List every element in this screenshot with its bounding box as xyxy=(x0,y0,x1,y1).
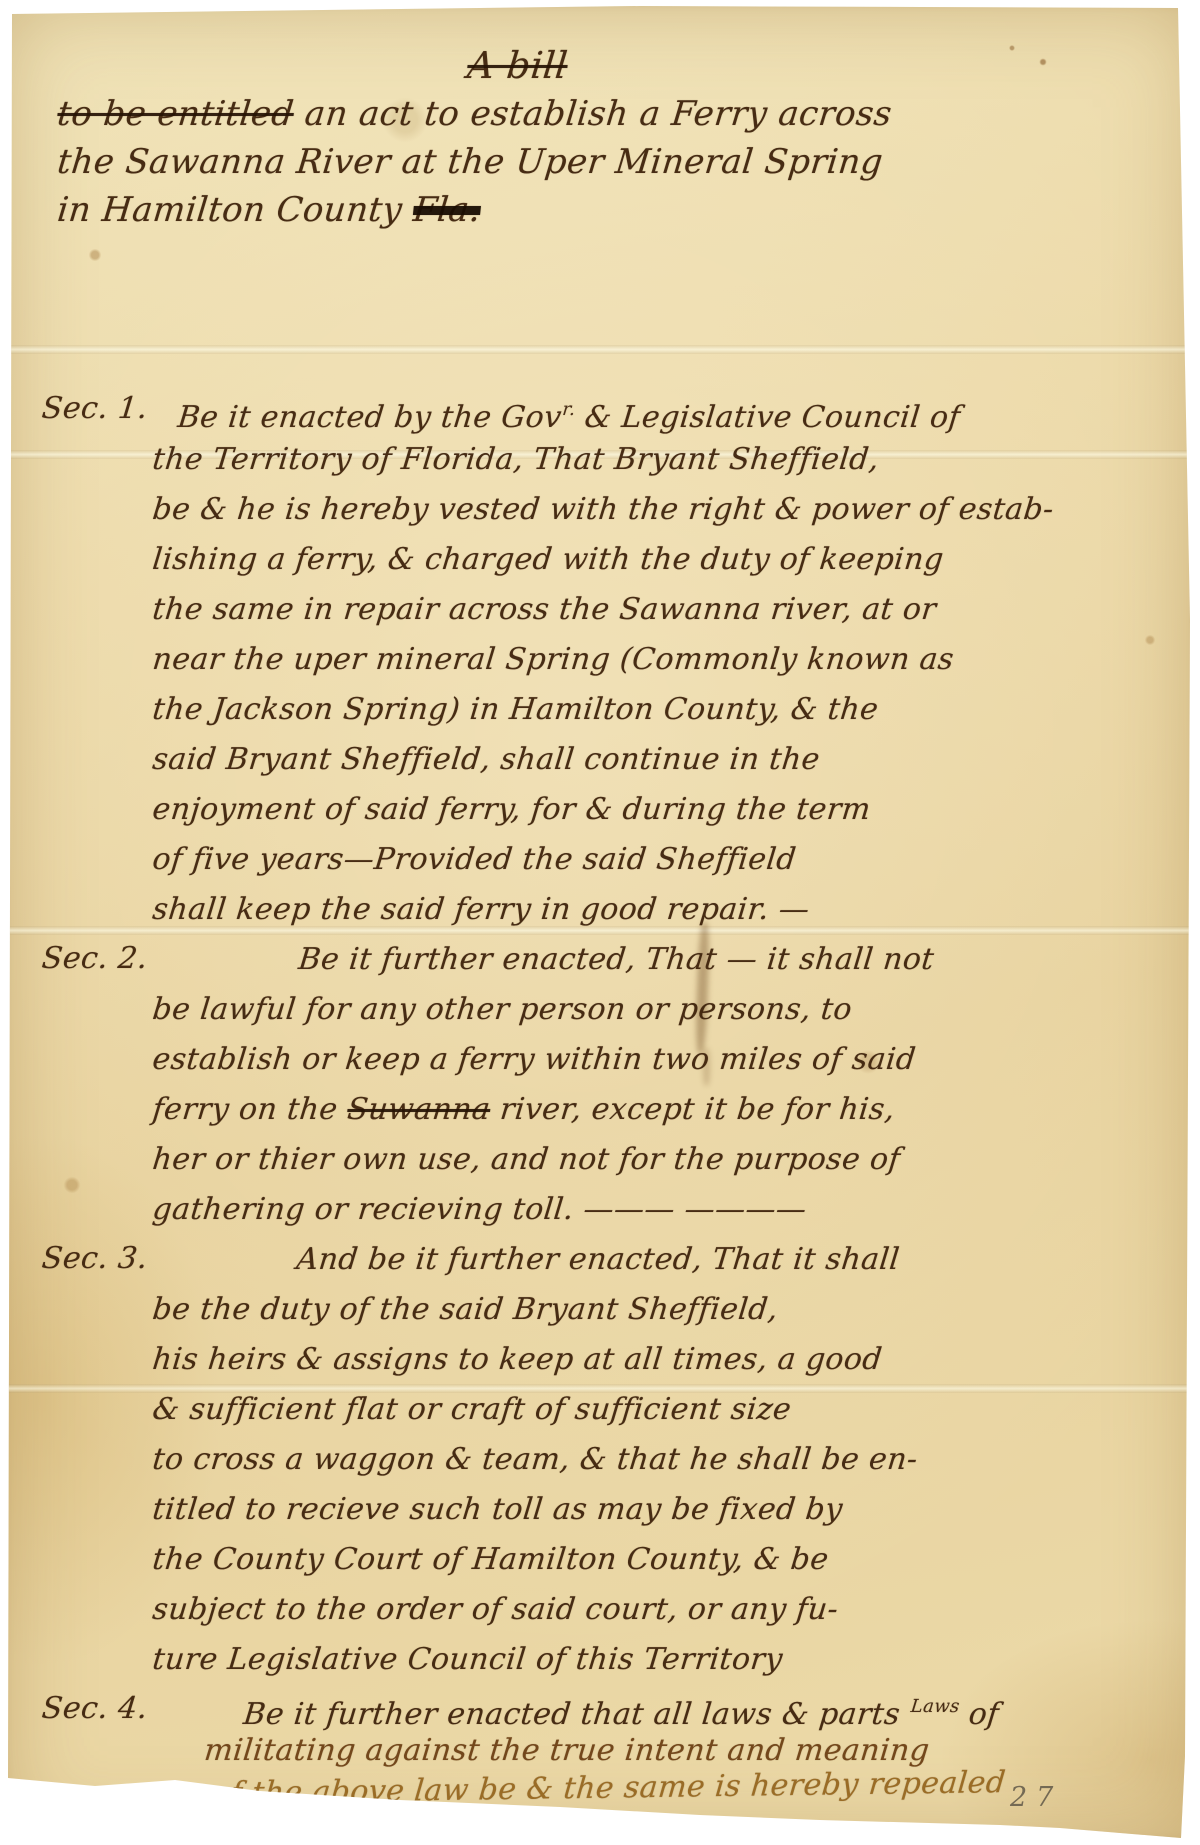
manuscript-line: the same in repair across the Sawanna ri… xyxy=(150,585,1200,635)
section-1-label: Sec. 1. xyxy=(40,391,149,426)
manuscript-line: of five years—Provided the said Sheffiel… xyxy=(150,835,1200,885)
manuscript-line: said Bryant Sheffield, shall continue in… xyxy=(150,735,1200,785)
section-2-label: Sec. 2. xyxy=(40,941,149,976)
manuscript-line: her or thier own use, and not for the pu… xyxy=(150,1135,1200,1185)
section-2-lines: Be it further enacted, That — it shall n… xyxy=(150,935,1200,1235)
manuscript-line: the Jackson Spring) in Hamilton County, … xyxy=(150,685,1200,735)
section-2: Sec. 2. Be it further enacted, That — it… xyxy=(0,935,1200,1235)
manuscript-line: near the uper mineral Spring (Commonly k… xyxy=(150,635,1200,685)
manuscript-line: establish or keep a ferry within two mil… xyxy=(150,1035,1200,1085)
manuscript-line: subject to the order of said court, or a… xyxy=(150,1585,1200,1635)
pencil-page-number: 27 xyxy=(1010,1782,1062,1813)
manuscript-line: & sufficient flat or craft of sufficient… xyxy=(150,1385,1200,1435)
title-line: in Hamilton County Fla. xyxy=(55,186,980,234)
manuscript-line: shall keep the said ferry in good repair… xyxy=(150,885,1200,935)
scanned-manuscript-page: A billto be entitled an act to establish… xyxy=(0,0,1200,1845)
manuscript-line: be the duty of the said Bryant Sheffield… xyxy=(150,1285,1200,1335)
fold-crease xyxy=(0,345,1200,354)
manuscript-line: be lawful for any other person or person… xyxy=(150,985,1200,1035)
manuscript-line: the County Court of Hamilton County, & b… xyxy=(150,1535,1200,1585)
section-1: Sec. 1. Be it enacted by the Govr. & Leg… xyxy=(0,385,1200,935)
title-line: to be entitled an act to establish a Fer… xyxy=(55,90,980,138)
manuscript-line: gathering or recieving toll. ——— ———— xyxy=(150,1185,1200,1235)
superscript-insertion: Laws xyxy=(910,1696,961,1717)
manuscript-line: to cross a waggon & team, & that he shal… xyxy=(150,1435,1200,1485)
manuscript-line: titled to recieve such toll as may be fi… xyxy=(150,1485,1200,1535)
title-line: A bill xyxy=(55,42,980,90)
manuscript-line: enjoyment of said ferry, for & during th… xyxy=(150,785,1200,835)
manuscript-line: be & he is hereby vested with the right … xyxy=(150,485,1200,535)
struck-text: A bill xyxy=(465,44,570,87)
manuscript-line: ferry on the Suwanna river, except it be… xyxy=(150,1085,1200,1135)
struck-text: Fla. xyxy=(411,190,482,230)
title-line: the Sawanna River at the Uper Mineral Sp… xyxy=(55,138,980,186)
section-3-lines: And be it further enacted, That it shall… xyxy=(150,1235,1200,1685)
struck-text: Suwanna xyxy=(346,1092,492,1127)
section-3-label: Sec. 3. xyxy=(40,1241,149,1276)
manuscript-body: Sec. 1. Be it enacted by the Govr. & Leg… xyxy=(0,385,1200,1817)
manuscript-line: Be it further enacted that all laws & pa… xyxy=(150,1685,1200,1729)
manuscript-line: his heirs & assigns to keep at all times… xyxy=(150,1335,1200,1385)
manuscript-line: the Territory of Florida, That Bryant Sh… xyxy=(150,435,1200,485)
manuscript-line: Be it enacted by the Govr. & Legislative… xyxy=(150,385,1200,435)
section-1-lines: Be it enacted by the Govr. & Legislative… xyxy=(150,385,1200,935)
manuscript-line: lishing a ferry, & charged with the duty… xyxy=(150,535,1200,585)
manuscript-line: And be it further enacted, That it shall xyxy=(150,1235,1200,1285)
aged-paper-sheet: A billto be entitled an act to establish… xyxy=(0,0,1200,1845)
section-3: Sec. 3. And be it further enacted, That … xyxy=(0,1235,1200,1685)
section-4-label: Sec. 4. xyxy=(40,1691,149,1726)
manuscript-line: ture Legislative Council of this Territo… xyxy=(150,1635,1200,1685)
title-block: A billto be entitled an act to establish… xyxy=(55,42,975,234)
superscript-insertion: r. xyxy=(561,399,576,420)
manuscript-line: Be it further enacted, That — it shall n… xyxy=(150,935,1200,985)
struck-text: to be entitled xyxy=(55,94,295,134)
